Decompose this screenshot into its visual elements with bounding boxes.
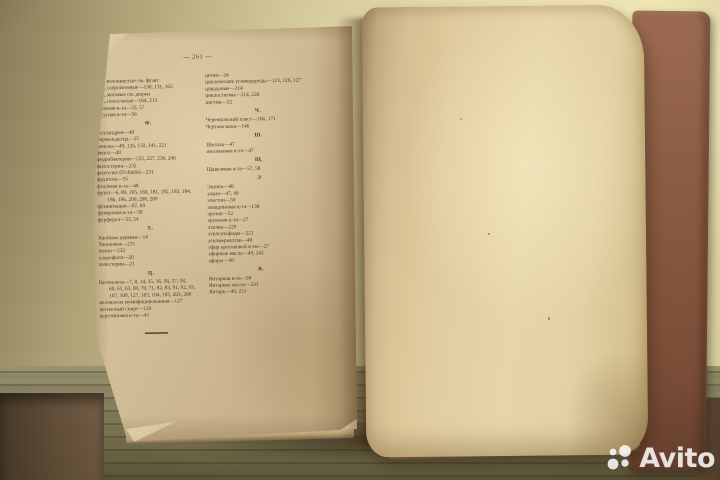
index-page-text: — 261 — „ волокнистые см. фузит„ сапропе… — [86, 21, 364, 446]
left-page: — 261 — „ волокнистые см. фузит„ сапропе… — [90, 24, 360, 444]
shelf-board-left — [0, 393, 104, 480]
index-section-header: Ф. — [96, 119, 201, 128]
index-line: шеллаковая к-та—47 — [206, 146, 346, 155]
index-section-header: Щ. — [207, 155, 312, 164]
index-line: Чертова кожа—146 — [206, 121, 346, 130]
index-column-right: цетин—24циклические углеводороды—123, 12… — [205, 70, 349, 296]
index-section-header: Э — [207, 173, 312, 182]
paper-speck — [460, 118, 462, 120]
watermark: Avito — [607, 445, 715, 473]
index-section-header: Ч. — [206, 106, 311, 115]
index-line: церотиновая к-та—43 — [99, 310, 239, 319]
right-blank-page — [362, 5, 649, 458]
index-section-header: Ш. — [206, 131, 311, 140]
index-section-header: Х. — [98, 224, 203, 233]
book-photo-scene: — 261 — „ волокнистые см. фузит„ сапропе… — [0, 0, 720, 480]
page-number: — 261 — — [167, 53, 229, 61]
end-of-index-rule — [145, 332, 168, 334]
index-text-layer: — 261 — „ волокнистые см. фузит„ сапропе… — [86, 21, 364, 446]
avito-logo-dots — [607, 445, 635, 473]
index-line: Щавелевая к-та—57, 58 — [207, 163, 347, 172]
index-line: Янтарь—49, 231 — [209, 286, 349, 295]
index-section-header: Я. — [209, 265, 314, 274]
paper-speck — [548, 317, 550, 320]
paper-speck — [488, 233, 490, 235]
index-line: эфиры—49 — [208, 255, 348, 264]
watermark-brand-text: Avito — [639, 445, 715, 473]
index-section-header: Ц. — [99, 269, 204, 278]
